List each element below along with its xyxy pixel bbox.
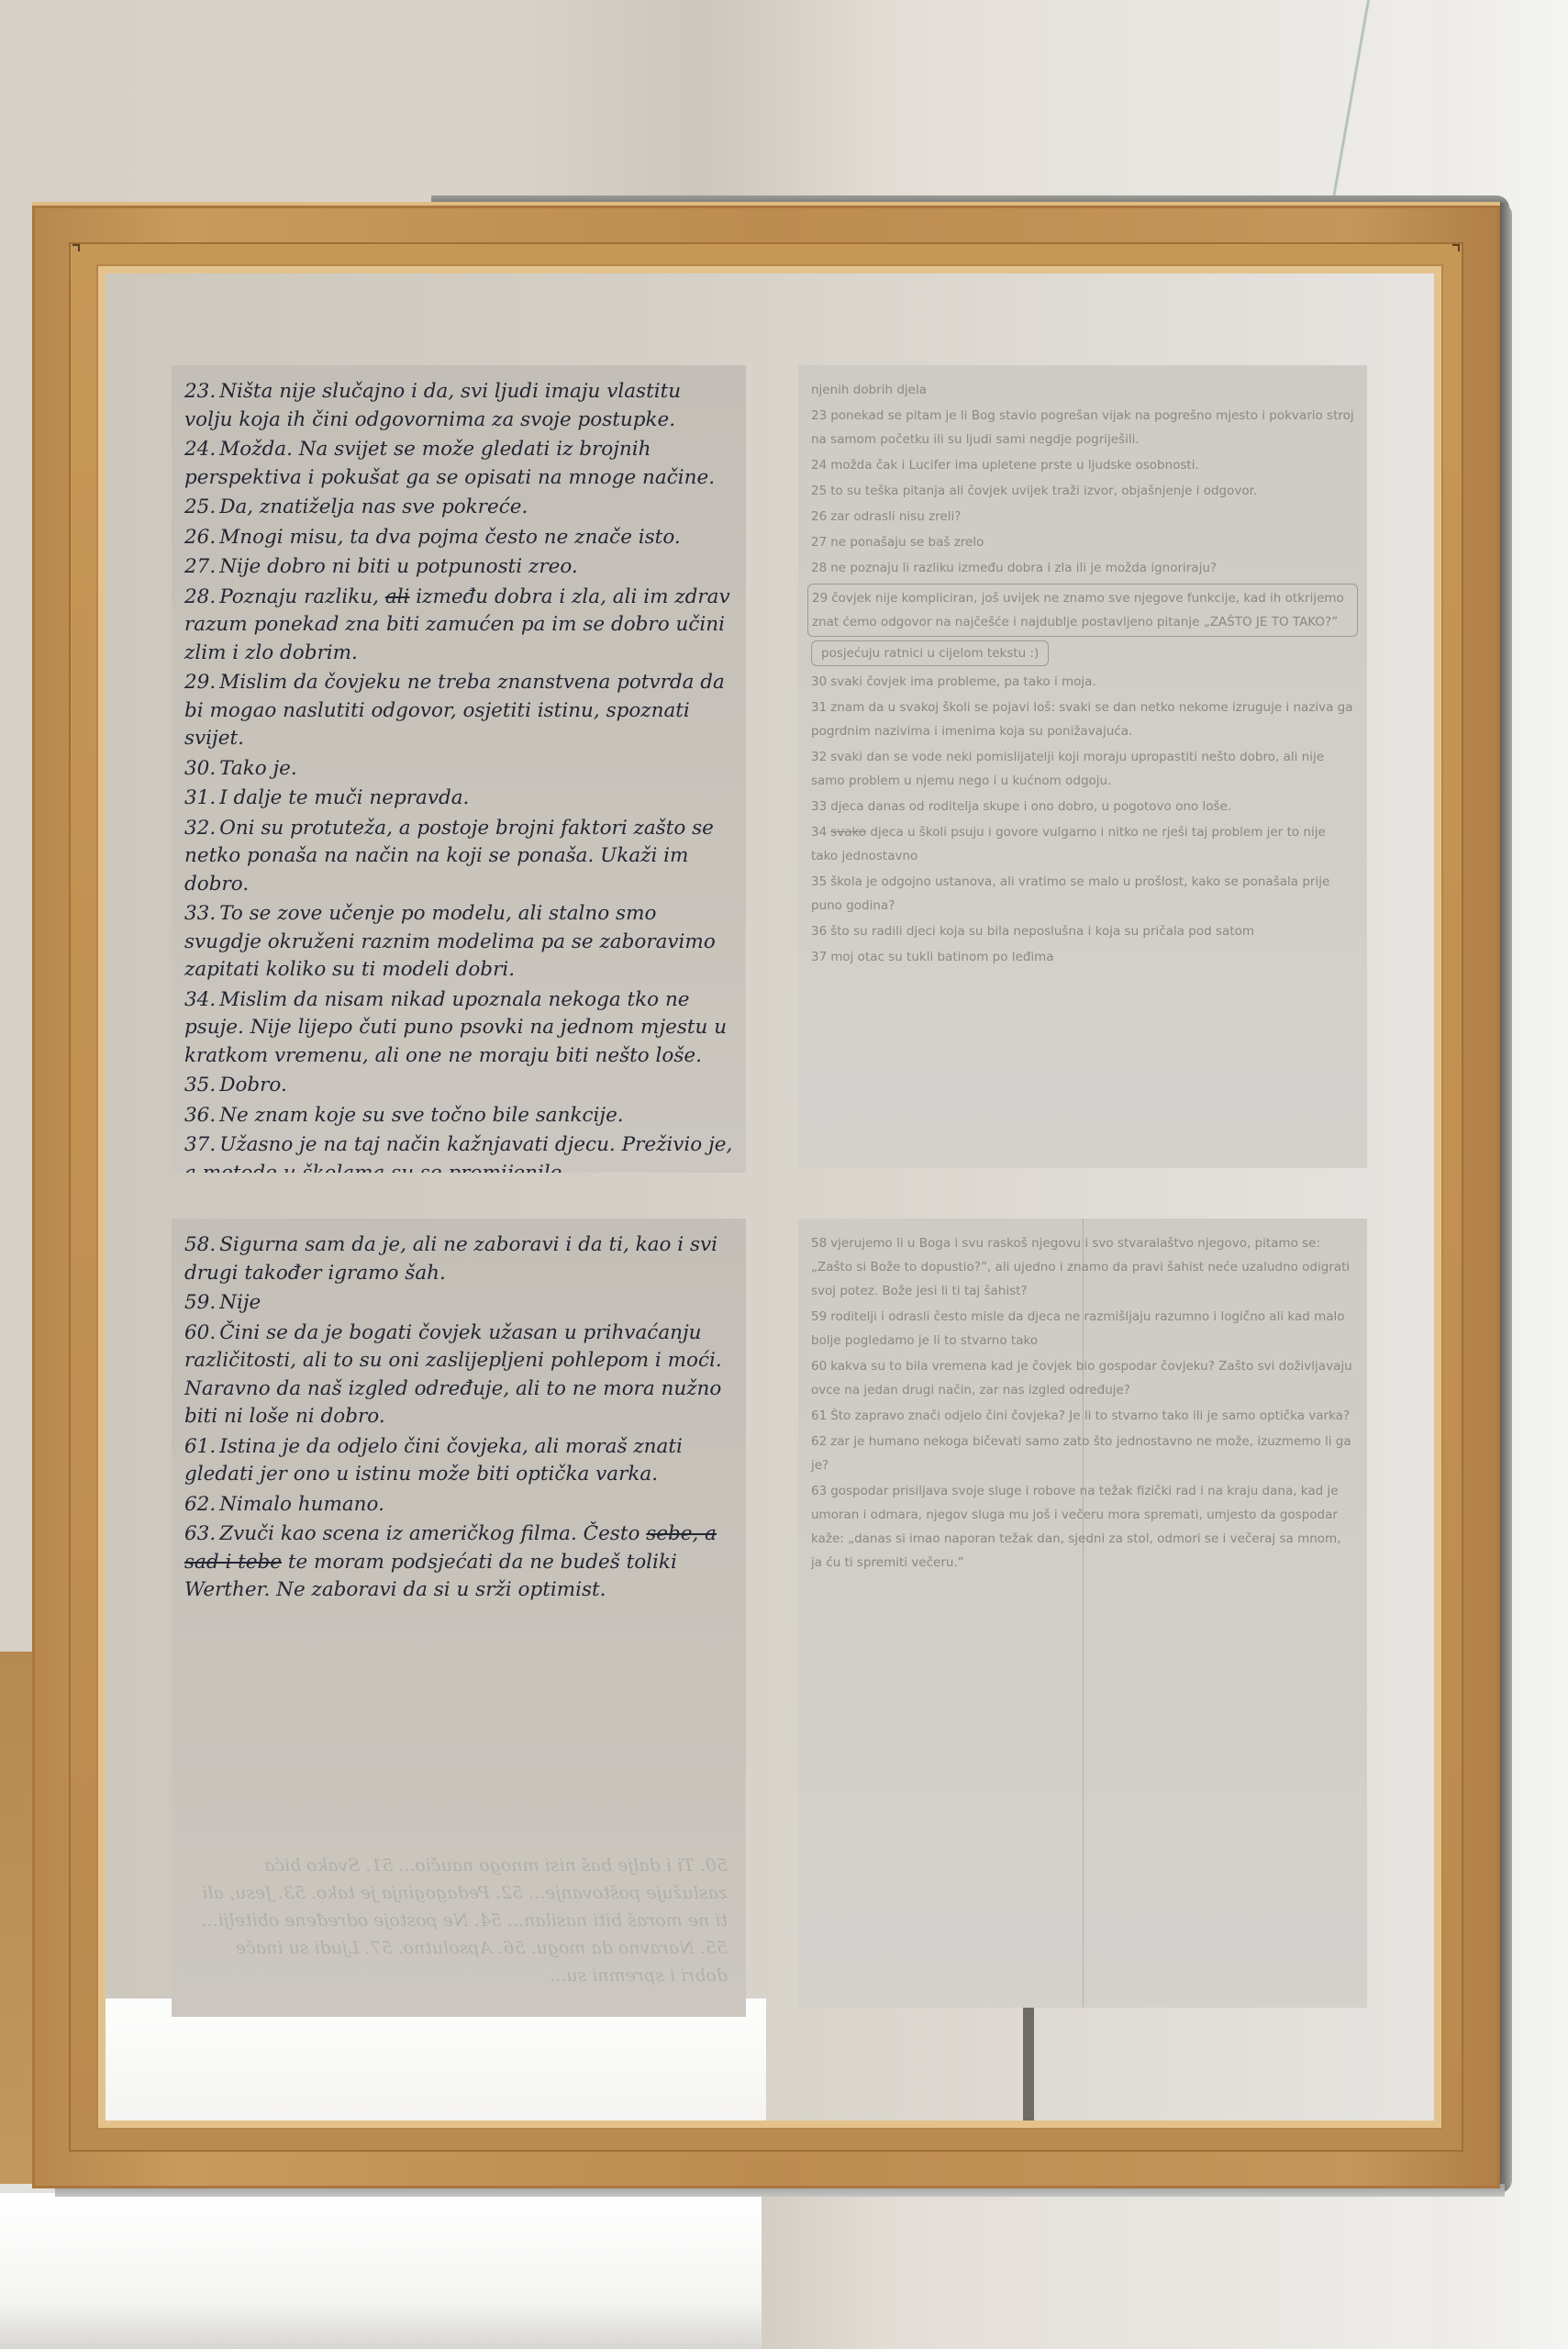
- entry: 63.Zvuči kao scena iz američkog filma. Č…: [184, 1520, 733, 1605]
- entry: 25.Da, znatiželja nas sve pokreće.: [184, 494, 733, 522]
- entry: 26.Mnogi misu, ta dva pojma često ne zna…: [184, 524, 733, 552]
- entry: 59.Nije: [184, 1289, 733, 1318]
- entry: 60.Čini se da je bogati čovjek užasan u …: [184, 1319, 733, 1431]
- entry: 36.Ne znam koje su sve točno bile sankci…: [184, 1102, 733, 1130]
- entry: 28.Poznaju razliku, ali između dobra i z…: [184, 584, 733, 668]
- entry: 23.Ništa nije slučajno i da, svi ljudi i…: [184, 378, 733, 434]
- mat-board: 23.Ništa nije slučajno i da, svi ljudi i…: [106, 273, 1434, 2121]
- struck-text: ali: [385, 585, 410, 608]
- entry: 62.Nimalo humano.: [184, 1491, 733, 1520]
- entry: 24možda čak i Lucifer ima upletene prste…: [811, 453, 1354, 477]
- entry: 34svako djeca u školi psuju i govore vul…: [811, 820, 1354, 868]
- entry: 33.To se zove učenje po modelu, ali stal…: [184, 900, 733, 985]
- entry: 32svaki dan se vode neki pomislijatelji …: [811, 745, 1354, 793]
- entry: 27.Nije dobro ni biti u potpunosti zreo.: [184, 553, 733, 582]
- entry: 28ne poznaju li razliku između dobra i z…: [811, 556, 1354, 580]
- page-fold-line: [1083, 1219, 1084, 2008]
- entry: 24.Možda. Na svijet se može gledati iz b…: [184, 436, 733, 492]
- page-header-fragment: njenih dobrih djela: [811, 378, 1354, 402]
- frame-corner-joint: [1452, 244, 1460, 251]
- entry: 35škola je odgojno ustanova, ali vratimo…: [811, 870, 1354, 918]
- entry: 23ponekad se pitam je li Bog stavio pogr…: [811, 404, 1354, 451]
- bleed-through-text: 50. Ti i dalje baš nisi mnogo naučio... …: [190, 1852, 728, 1989]
- page-top-right: njenih dobrih djela 23ponekad se pitam j…: [798, 365, 1367, 1168]
- entry: 31.I dalje te muči nepravda.: [184, 785, 733, 813]
- margin-note-boxed: posjećuju ratnici u cijelom tekstu :): [811, 640, 1049, 666]
- entry-boxed: 29čovjek nije kompliciran, još uvijek ne…: [807, 584, 1358, 637]
- page-bottom-left: 58.Sigurna sam da je, ali ne zaboravi i …: [172, 1219, 746, 2017]
- entry: 35.Dobro.: [184, 1072, 733, 1100]
- entry: 37moj otac su tukli batinom po leđima: [811, 945, 1354, 969]
- struck-text: svako: [830, 825, 866, 840]
- page-top-left: 23.Ništa nije slučajno i da, svi ljudi i…: [172, 365, 746, 1173]
- entry: 33djeca danas od roditelja skupe i ono d…: [811, 795, 1354, 818]
- entry: 31znam da u svakoj školi se pojavi loš: …: [811, 696, 1354, 743]
- entry: 29.Mislim da čovjeku ne treba znanstvena…: [184, 669, 733, 753]
- wooden-frame: 23.Ništa nije slučajno i da, svi ljudi i…: [32, 202, 1500, 2188]
- entry: 34.Mislim da nisam nikad upoznala nekoga…: [184, 986, 733, 1071]
- entry: 37.Užasno je na taj način kažnjavati dje…: [184, 1131, 733, 1173]
- entry: 30svaki čovjek ima probleme, pa tako i m…: [811, 670, 1354, 694]
- entry: 36što su radili djeci koja su bila nepos…: [811, 919, 1354, 943]
- entry: 58.Sigurna sam da je, ali ne zaboravi i …: [184, 1231, 733, 1287]
- frame-corner-joint: [72, 244, 80, 251]
- entry: 61.Istina je da odjelo čini čovjeka, ali…: [184, 1433, 733, 1489]
- entry: 30.Tako je.: [184, 755, 733, 784]
- entry: 32.Oni su protuteža, a postoje brojni fa…: [184, 815, 733, 899]
- page-bottom-right: 58vjerujemo li u Boga i svu raskoš njego…: [798, 1219, 1367, 2008]
- entry: 26zar odrasli nisu zreli?: [811, 505, 1354, 529]
- entry: 25to su teška pitanja ali čovjek uvijek …: [811, 479, 1354, 503]
- white-pedestal: [0, 2193, 762, 2349]
- entry: 27ne ponašaju se baš zrelo: [811, 530, 1354, 554]
